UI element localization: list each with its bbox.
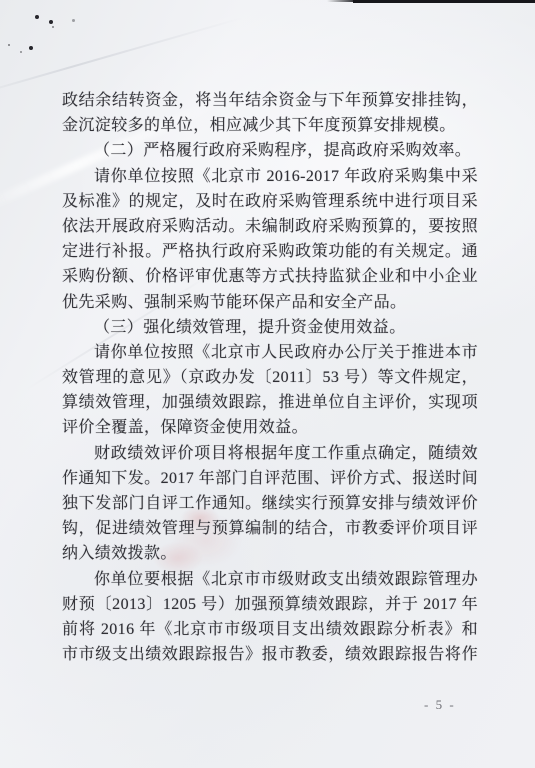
- text-line: 评价全覆盖，保障资金使用效益。: [62, 415, 478, 440]
- text-line: 请你单位按照《北京市人民政府办公厅关于推进本市预算绩: [62, 340, 478, 365]
- ink-speck: [8, 44, 10, 46]
- document-page: 政结余结转资金，将当年结余资金与下年预算安排挂钩，结余资金沉淀较多的单位，相应减…: [0, 0, 535, 768]
- ink-speck: [52, 26, 54, 28]
- text-line: 作通知下发。2017 年部门自评范围、评价方式、报送时间将单: [62, 466, 478, 491]
- ink-speck: [35, 15, 39, 19]
- text-line: （三）强化绩效管理，提升资金使用效益。: [62, 315, 478, 340]
- text-line: 纳入绩效拨款。: [62, 541, 478, 566]
- text-line: （二）严格履行政府采购程序，提高政府采购效率。: [62, 138, 478, 163]
- text-line: 及标准》的规定，及时在政府采购管理系统中进行项目采购申报，: [62, 189, 478, 214]
- page-number: - 5 -: [424, 697, 456, 713]
- text-line: 算绩效管理，加强绩效跟踪，推进单位自主评价，实现项目绩效: [62, 390, 478, 415]
- text-line: 市市级支出绩效跟踪报告》报市教委，绩效跟踪报告将作为绩效: [62, 642, 478, 667]
- ink-speck: [72, 19, 75, 22]
- text-line: 优先采购、强制采购节能环保产品和安全产品。: [62, 290, 478, 315]
- ink-speck: [49, 20, 53, 24]
- text-line: 财预〔2013〕1205 号）加强预算绩效跟踪，并于 2017 年 5 月底: [62, 592, 478, 617]
- text-line: 钩，促进绩效管理与预算编制的结合，市教委评价项目评价结果: [62, 516, 478, 541]
- ink-speck: [20, 51, 22, 53]
- text-line: 前将 2016 年《北京市市级项目支出绩效跟踪分析表》和《北京: [62, 617, 478, 642]
- paper-crease: [0, 8, 274, 98]
- body-text: 政结余结转资金，将当年结余资金与下年预算安排挂钩，结余资金沉淀较多的单位，相应减…: [62, 88, 478, 667]
- scan-edge-artifact: [353, 0, 535, 3]
- text-line: 你单位要根据《北京市市级财政支出绩效跟踪管理办法》（京: [62, 567, 478, 592]
- text-line: 依法开展政府采购活动。未编制政府采购预算的，要按照相关规: [62, 214, 478, 239]
- text-line: 请你单位按照《北京市 2016-2017 年政府采购集中采购目录: [62, 164, 478, 189]
- text-line: 采购份额、价格评审优惠等方式扶持监狱企业和中小企业发展，: [62, 264, 478, 289]
- text-line: 定进行补报。严格执行政府采购政策功能的有关规定。通过预留: [62, 239, 478, 264]
- text-line: 金沉淀较多的单位，相应减少其下年度预算安排规模。: [62, 113, 478, 138]
- text-line: 政结余结转资金，将当年结余资金与下年预算安排挂钩，结余资: [62, 88, 478, 113]
- ink-speck: [29, 46, 33, 50]
- text-line: 财政绩效评价项目将根据年度工作重点确定，随绩效评价工: [62, 441, 478, 466]
- text-line: 独下发部门自评工作通知。继续实行预算安排与绩效评价结果挂: [62, 491, 478, 516]
- text-line: 效管理的意见》（京政办发〔2011〕53 号）等文件规定，强化预: [62, 365, 478, 390]
